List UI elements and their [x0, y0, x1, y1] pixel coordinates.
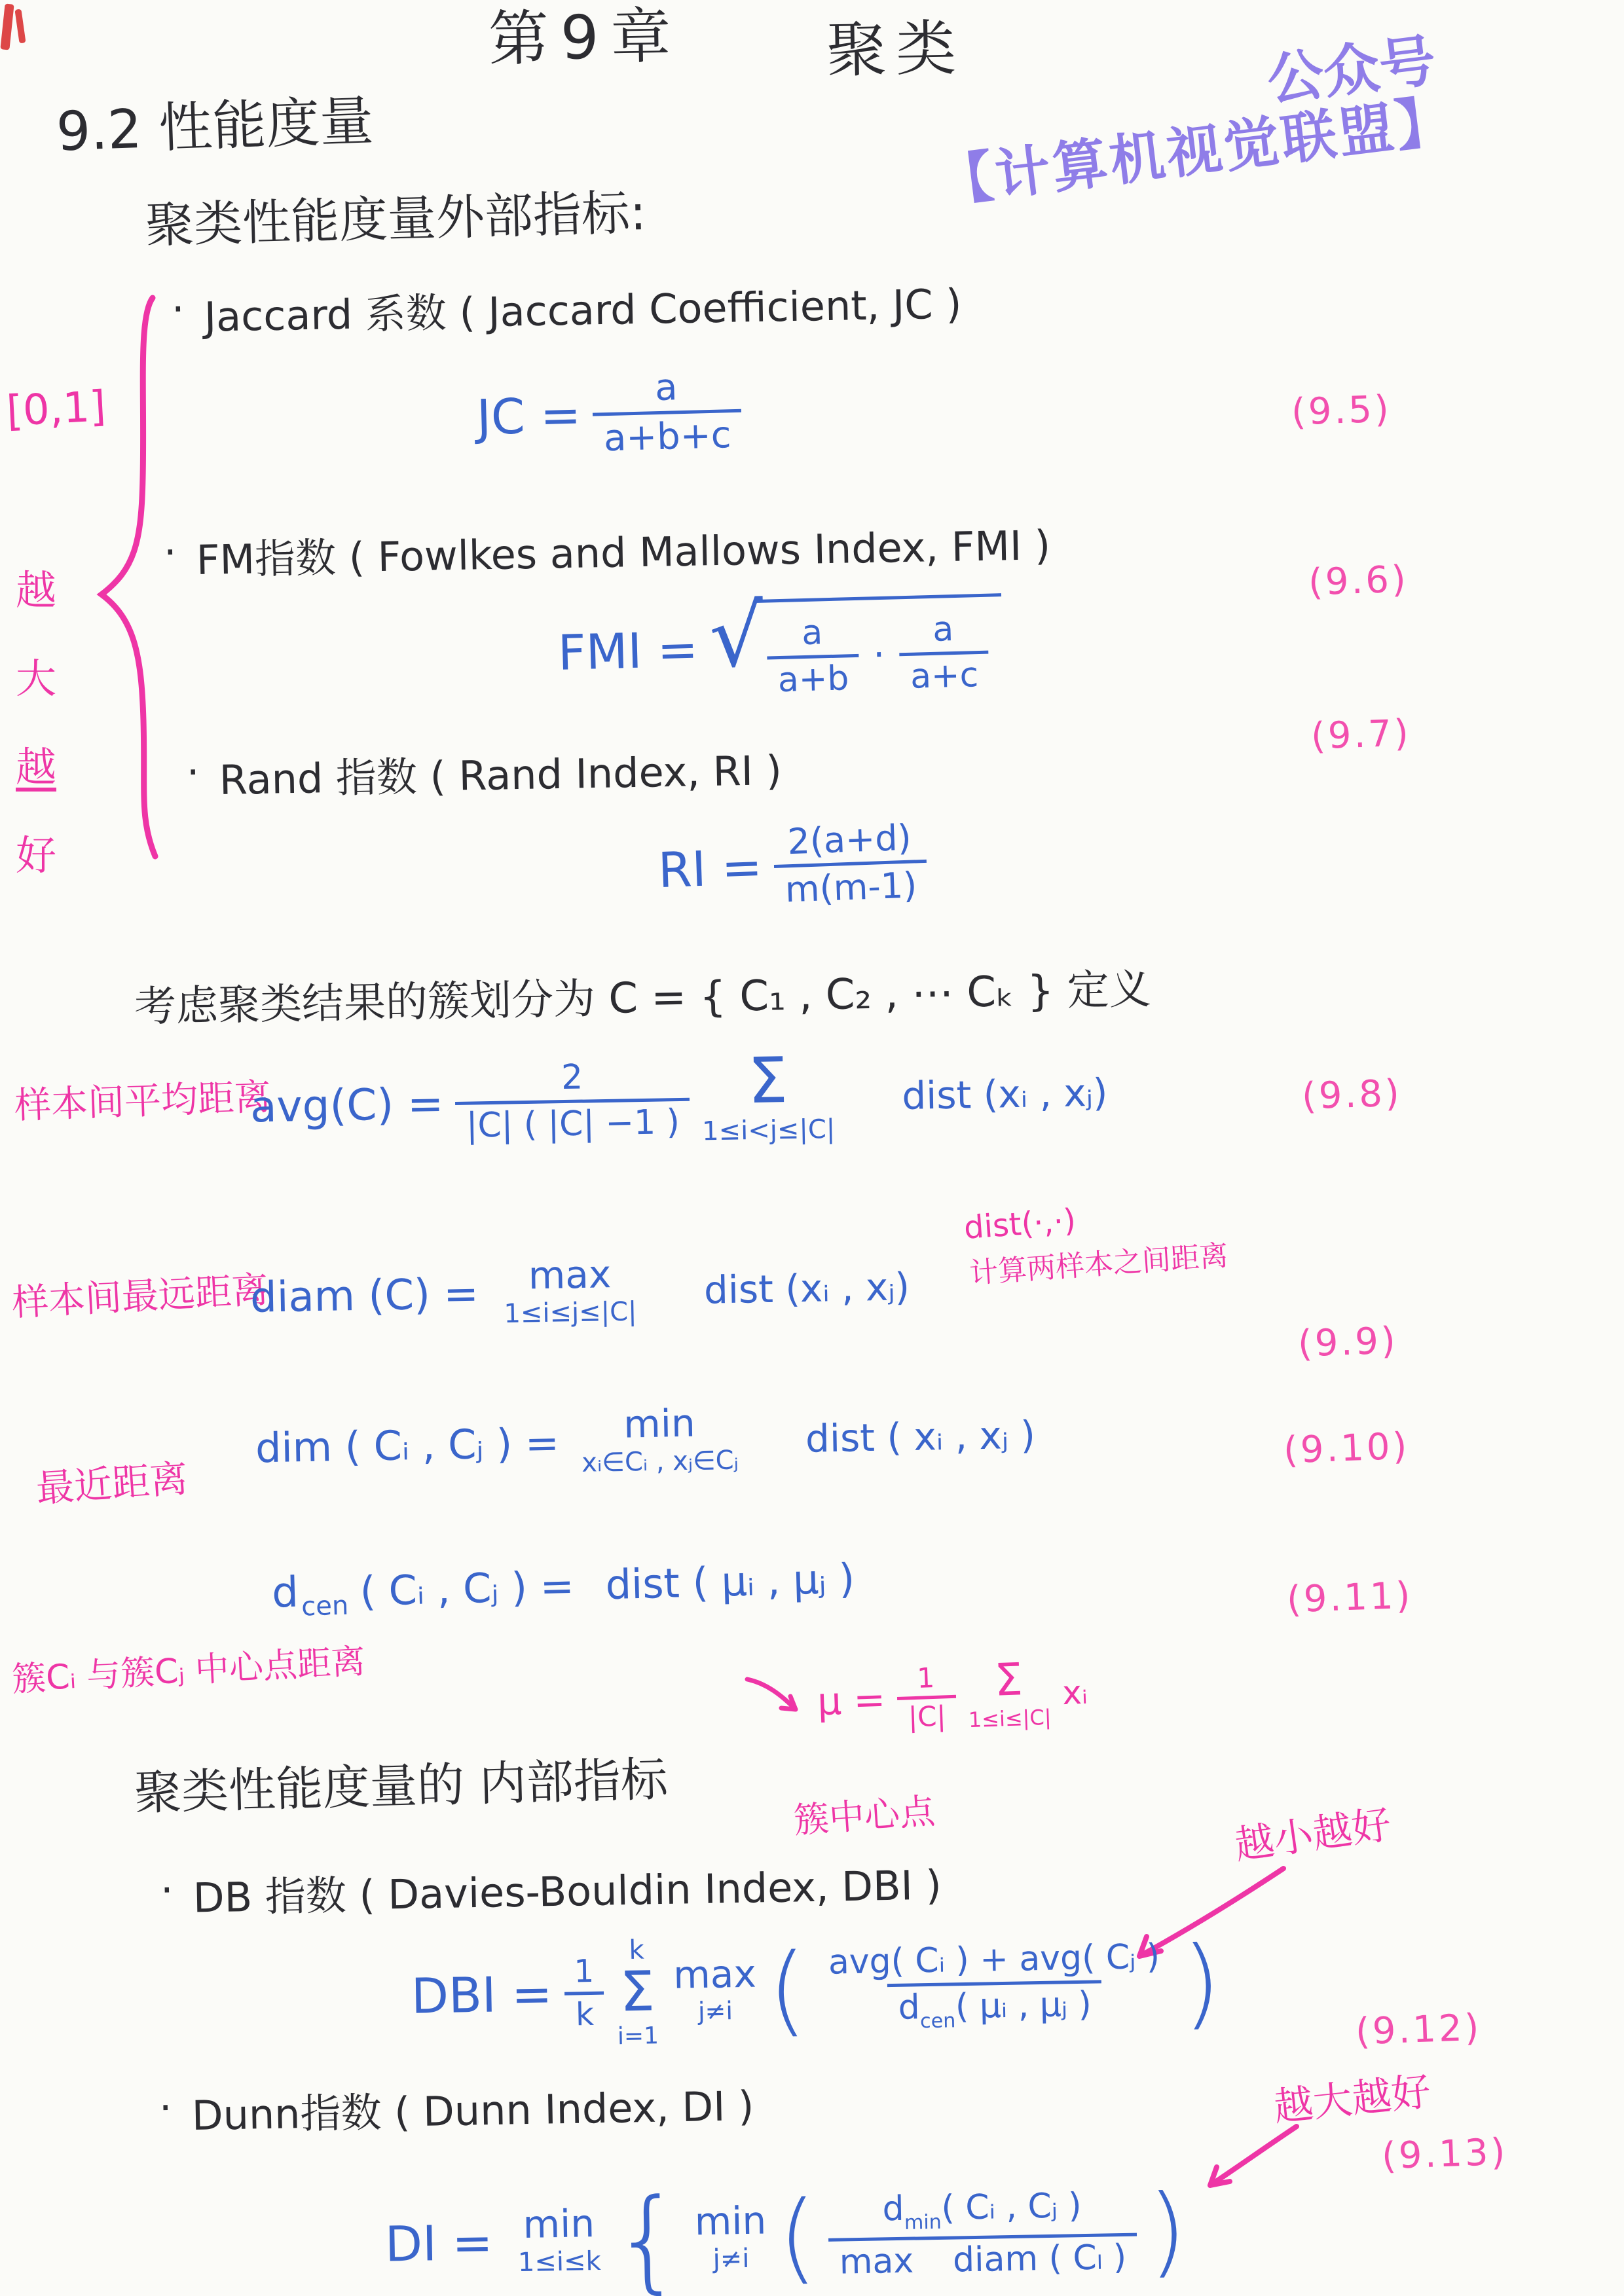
right-paren: ): [1148, 2231, 1187, 2231]
ri-numerator: 2(a+d): [776, 815, 922, 865]
bullet-fmi: · FM指数 ( Fowlkes and Mallows Index, FMI …: [163, 513, 1050, 587]
vertical-char: 越: [16, 735, 56, 793]
mu-lhs: μ =: [817, 1677, 886, 1724]
formula-fmi: FMI = √ a a+b · a a+c: [557, 587, 1004, 708]
mu-rhs: xᵢ: [1061, 1673, 1088, 1712]
formula-diam: diam (C) = max 1≤i≤j≤|C| dist (xᵢ , xⱼ): [249, 1251, 910, 1333]
diam-rhs: dist (xᵢ , xⱼ): [703, 1264, 910, 1312]
formula-jc: JC = a a+b+c: [475, 363, 742, 465]
bullet-label: Rand 指数 ( Rand Index, RI ): [219, 738, 783, 806]
chapter-title: 第9章: [488, 1, 683, 75]
bullet-dot: ·: [171, 285, 185, 333]
dcen-d-sub: cen: [301, 1591, 349, 1622]
fmi-f1-den: a+b: [767, 654, 860, 702]
min-limits: j≠i: [712, 2244, 750, 2274]
avg-fraction: 2 |C| ( |C| −1 ): [454, 1055, 690, 1148]
diam-label: 样本间最远距离: [11, 1269, 270, 1326]
min-operator: min: [623, 1406, 695, 1443]
right-paren: ): [1183, 1982, 1221, 1983]
eq-number-9-9: (9.9): [1297, 1319, 1399, 1365]
bullet-dbi: · DB 指数 ( Davies-Bouldin Index, DBI ): [160, 1853, 942, 1925]
dcen-d: d: [271, 1569, 299, 1618]
dbi-den-args: ( μᵢ , μⱼ ): [955, 1984, 1092, 2026]
eq-number-9-10: (9.10): [1283, 1425, 1411, 1472]
diam-max: max 1≤i≤j≤|C|: [503, 1256, 637, 1328]
left-paren: (: [779, 2237, 817, 2238]
fmi-f1-num: a: [791, 611, 834, 655]
vertical-char: 好: [16, 823, 56, 881]
sum-lower: i=1: [618, 2023, 659, 2050]
vertical-char: 大: [16, 646, 56, 704]
sigma-operator: Σ: [619, 1965, 655, 2018]
fmi-f2-num: a: [921, 608, 965, 652]
di-inner-min: min j≠i: [694, 2203, 767, 2274]
ri-lhs: RI =: [657, 839, 764, 898]
bullet-dot: ·: [158, 2084, 172, 2132]
di-outer-min: min 1≤i≤k: [517, 2206, 601, 2277]
formula-ri: RI = 2(a+d) m(m-1): [657, 815, 929, 917]
formula-avg: avg(C) = 2 |C| ( |C| −1 ) Σ 1≤i<j≤|C| di…: [249, 1046, 1109, 1154]
min-limits: 1≤i≤k: [518, 2247, 602, 2277]
eq-number-9-12: (9.12): [1355, 2007, 1483, 2054]
dbi-den-d: d: [898, 1988, 920, 2028]
sigma-operator: Σ: [994, 1659, 1024, 1702]
bullet-dot: ·: [163, 528, 177, 575]
cluster-center-caption: 簇中心点: [792, 1791, 936, 1842]
bullet-rand: · Rand 指数 ( Rand Index, RI ): [186, 738, 782, 807]
pink-brace: [88, 288, 167, 871]
dbi-1k-fraction: 1 k: [563, 1952, 606, 2035]
avg-rhs: dist (xᵢ , xⱼ): [902, 1070, 1108, 1118]
bullet-dunn: · Dunn指数 ( Dunn Index, DI ): [158, 2073, 754, 2142]
max-limits: 1≤i≤j≤|C|: [504, 1298, 637, 1329]
mu-fraction: 1 |C|: [896, 1660, 957, 1736]
dist-note-line1: dist(·,·): [963, 1202, 1077, 1247]
dbi-denominator: dcen( μᵢ , μⱼ ): [887, 1980, 1102, 2035]
range-label: [0,1]: [5, 382, 107, 437]
eq-number-9-13: (9.13): [1381, 2131, 1509, 2178]
scan-edge-mark: [0, 3, 14, 50]
mu-sum: Σ 1≤i≤|C|: [967, 1658, 1052, 1732]
mu-denominator: |C|: [897, 1695, 957, 1736]
jc-lhs: JC =: [476, 387, 581, 446]
bullet-label: Dunn指数 ( Dunn Index, DI ): [191, 2073, 754, 2141]
bullet-jaccard: · Jaccard 系数 ( Jaccard Coefficient, JC ): [171, 271, 962, 343]
fmi-fraction-2: a a+c: [898, 608, 989, 699]
di-den-max: max: [839, 2241, 913, 2282]
external-heading: 聚类性能度量外部指标:: [145, 185, 647, 255]
section-heading: 9.2 性能度量: [55, 90, 375, 165]
dbi-den-d-sub: cen: [920, 2009, 956, 2033]
bullet-dot: ·: [160, 1866, 174, 1914]
avg-label: 样本间平均距离: [14, 1076, 272, 1128]
eq-number-9-7: (9.7): [1310, 712, 1412, 757]
partition-definition: 考虑聚类结果的簇划分为 C = { C₁ , C₂ , ⋯ Cₖ } 定义: [134, 965, 1151, 1032]
note-arrow: [743, 1673, 805, 1722]
left-paren: (: [768, 1990, 807, 1990]
dcen-rhs: dist ( μᵢ , μⱼ ): [605, 1554, 855, 1609]
dbi-max: max j≠i: [673, 1956, 757, 2026]
min-operator: min: [694, 2203, 766, 2240]
dbi-1k-num: 1: [563, 1952, 605, 1992]
di-den-args: diam ( Cₗ ): [953, 2238, 1127, 2280]
bigger-better-arrow: [1198, 2120, 1303, 2195]
di-num-d: d: [882, 2189, 904, 2229]
avg-sum: Σ 1≤i<j≤|C|: [701, 1050, 836, 1146]
ri-fraction: 2(a+d) m(m-1): [772, 815, 928, 913]
left-brace: {: [612, 2239, 683, 2240]
formula-dmin: dim ( Cᵢ , Cⱼ ) = min xᵢ∈Cᵢ , xⱼ∈Cⱼ dist…: [255, 1400, 1036, 1484]
dist-note-line2: 计算两样本之间距离: [969, 1239, 1230, 1290]
bullet-label: Jaccard 系数 ( Jaccard Coefficient, JC ): [204, 271, 962, 342]
notebook-page: 第9章 聚类 公众号 【计算机视觉联盟】 9.2 性能度量 聚类性能度量外部指标…: [0, 0, 1624, 2296]
fmi-f2-den: a+c: [899, 650, 989, 699]
di-numerator: dmin( Cᵢ , Cⱼ ): [872, 2185, 1092, 2238]
jc-numerator: a: [644, 365, 688, 412]
eq-number-9-8: (9.8): [1301, 1072, 1403, 1118]
formula-di: DI = min 1≤i≤k { min j≠i ( dmin( Cᵢ , Cⱼ…: [384, 2183, 1187, 2292]
di-denominator: maxdiam ( Cₗ ): [828, 2232, 1137, 2284]
dbi-1k-den: k: [564, 1992, 604, 2035]
fmi-lhs: FMI =: [557, 621, 699, 682]
formula-dcen: d cen ( Cᵢ , Cⱼ ) = dist ( μᵢ , μⱼ ): [271, 1554, 855, 1617]
eq-number-9-11: (9.11): [1286, 1575, 1414, 1622]
dmin-label: 最近距离: [35, 1456, 189, 1511]
avg-lhs: avg(C) =: [249, 1078, 444, 1132]
internal-heading: 聚类性能度量的 内部指标: [134, 1751, 669, 1821]
ri-denominator: m(m-1): [774, 860, 929, 913]
di-num-args: ( Cᵢ , Cⱼ ): [941, 2186, 1082, 2228]
dcen-args: ( Cᵢ , Cⱼ ) =: [360, 1561, 575, 1615]
max-limits: j≠i: [698, 1998, 733, 2026]
sigma-operator: Σ: [747, 1051, 788, 1111]
min-operator: min: [523, 2206, 595, 2243]
max-operator: max: [528, 1256, 611, 1294]
multiply-dot: ·: [873, 634, 886, 676]
avg-numerator: 2: [551, 1057, 594, 1101]
min-limits: xᵢ∈Cᵢ , xⱼ∈Cⱼ: [581, 1446, 739, 1478]
watermark-line2: 【计算机视觉联盟】: [934, 88, 1457, 215]
diam-lhs: diam (C) =: [249, 1269, 479, 1322]
bullet-dot: ·: [186, 748, 200, 796]
bullet-label: FM指数 ( Fowlkes and Mallows Index, FMI ): [196, 513, 1051, 586]
bullet-label: DB 指数 ( Davies-Bouldin Index, DBI ): [193, 1853, 942, 1924]
dmin-lhs: dim ( Cᵢ , Cⱼ ) =: [255, 1419, 559, 1472]
dbi-numerator: avg( Cᵢ ) + avg( Cⱼ ): [817, 1936, 1170, 1985]
eq-number-9-5: (9.5): [1291, 388, 1392, 433]
mu-numerator: 1: [906, 1660, 946, 1696]
dbi-lhs: DBI =: [411, 1966, 553, 2025]
scan-edge-mark: [14, 9, 26, 44]
formula-dbi: DBI = 1 k k Σ i=1 max j≠i ( avg( Cᵢ ) + …: [411, 1925, 1222, 2053]
di-fraction: dmin( Cᵢ , Cⱼ ) maxdiam ( Cₗ ): [828, 2184, 1137, 2285]
di-num-d-sub: min: [904, 2211, 942, 2234]
sum-limits: 1≤i<j≤|C|: [702, 1115, 836, 1146]
jc-fraction: a a+b+c: [591, 363, 742, 463]
dbi-sum: k Σ i=1: [616, 1935, 659, 2049]
max-operator: max: [673, 1956, 756, 1994]
fmi-sqrt: √ a a+b · a a+c: [709, 587, 1004, 704]
avg-denominator: |C| ( |C| −1 ): [455, 1098, 690, 1148]
smaller-better-note: 越小越好: [1232, 1802, 1394, 1870]
center-distance-label: 簇Cᵢ 与簇Cⱼ 中心点距离: [11, 1642, 367, 1701]
vertical-char: 越: [16, 558, 56, 616]
dbi-main-fraction: avg( Cᵢ ) + avg( Cⱼ ) dcen( μᵢ , μⱼ ): [817, 1936, 1172, 2037]
dmin-rhs: dist ( xᵢ , xⱼ ): [805, 1412, 1035, 1461]
fmi-fraction-1: a a+b: [766, 611, 860, 702]
dmin-min: min xᵢ∈Cᵢ , xⱼ∈Cⱼ: [581, 1405, 739, 1478]
fmi-sqrt-body: a a+b · a a+c: [755, 593, 1004, 702]
di-lhs: DI =: [384, 2215, 493, 2273]
formula-mu: μ = 1 |C| Σ 1≤i≤|C| xᵢ: [816, 1655, 1089, 1739]
eq-number-9-6: (9.6): [1308, 558, 1409, 604]
bigger-better-vertical: 越 大 越 好: [16, 558, 56, 881]
sum-limits: 1≤i≤|C|: [968, 1705, 1052, 1732]
jc-denominator: a+b+c: [593, 409, 742, 462]
chapter-topic: 聚类: [826, 13, 966, 86]
